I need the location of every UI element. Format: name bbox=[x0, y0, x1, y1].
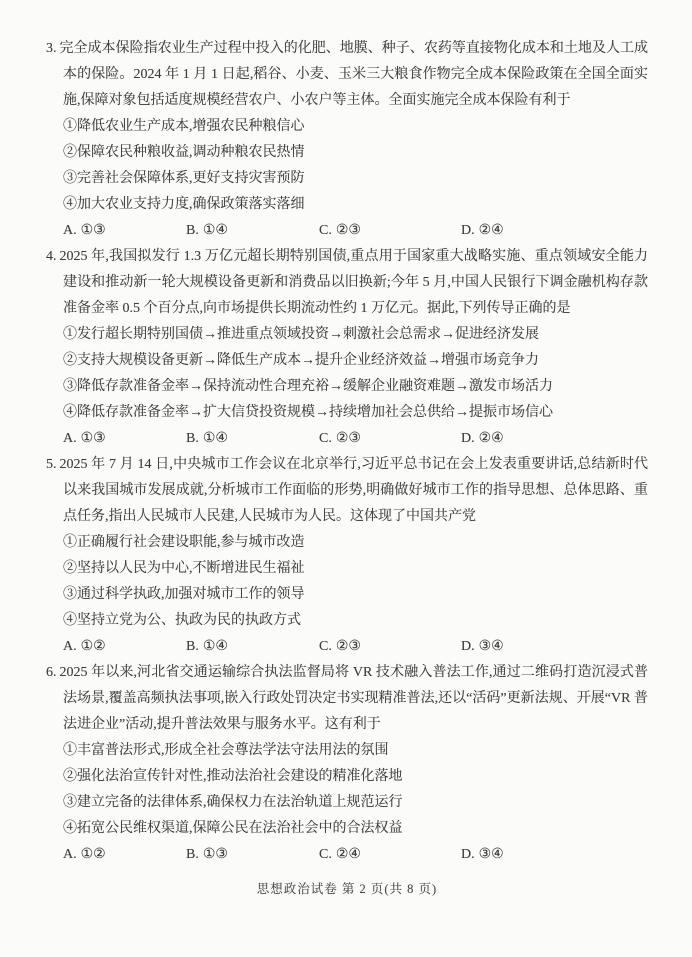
option-label: A. bbox=[63, 223, 77, 238]
page-footer: 思想政治试卷 第 2 页(共 8 页) bbox=[46, 879, 648, 897]
option-label: C. bbox=[319, 639, 332, 654]
question-stem-text: 2025 年以来,河北省交通运输综合执法监督局将 VR 技术融入普法工作,通过二… bbox=[60, 665, 649, 732]
question-stem-text: 2025 年,我国拟发行 1.3 万亿元超长期特别国债,重点用于国家重大战略实施… bbox=[60, 249, 649, 316]
option-value: ①④ bbox=[203, 223, 228, 238]
statement-item: ③完善社会保障体系,更好支持灾害预防 bbox=[46, 166, 648, 192]
question-number: 4. bbox=[46, 249, 57, 264]
statement-item: ③建立完备的法律体系,确保权力在法治轨道上规范运行 bbox=[46, 790, 648, 816]
option-label: B. bbox=[186, 223, 199, 238]
option-a: A.①② bbox=[63, 842, 186, 868]
option-d: D.②④ bbox=[461, 426, 648, 452]
question-stem: 3.完全成本保险指农业生产过程中投入的化肥、地膜、种子、农药等直接物化成本和土地… bbox=[46, 36, 648, 114]
options-row: A.①③ B.①④ C.②③ D.②④ bbox=[46, 426, 648, 452]
option-value: ③④ bbox=[479, 847, 504, 862]
question-stem-text: 2025 年 7 月 14 日,中央城市工作会议在北京举行,习近平总书记在会上发… bbox=[60, 457, 649, 524]
option-label: D. bbox=[461, 223, 475, 238]
option-label: D. bbox=[461, 847, 475, 862]
options-row: A.①② B.①③ C.②④ D.③④ bbox=[46, 842, 648, 868]
option-value: ①④ bbox=[203, 639, 228, 654]
option-label: B. bbox=[186, 639, 199, 654]
statement-item: ②支持大规模设备更新→降低生产成本→提升企业经济效益→增强市场竞争力 bbox=[46, 348, 648, 374]
option-a: A.①③ bbox=[63, 218, 186, 244]
question-4: 4.2025 年,我国拟发行 1.3 万亿元超长期特别国债,重点用于国家重大战略… bbox=[46, 244, 648, 452]
option-value: ①② bbox=[81, 639, 106, 654]
option-d: D.②④ bbox=[461, 218, 648, 244]
statement-item: ④拓宽公民维权渠道,保障公民在法治社会中的合法权益 bbox=[46, 816, 648, 842]
statement-item: ②保障农民种粮收益,调动种粮农民热情 bbox=[46, 140, 648, 166]
option-b: B.①④ bbox=[186, 634, 319, 660]
option-value: ②③ bbox=[336, 223, 361, 238]
statement-item: ④坚持立党为公、执政为民的执政方式 bbox=[46, 608, 648, 634]
options-row: A.①② B.①④ C.②③ D.③④ bbox=[46, 634, 648, 660]
option-value: ②③ bbox=[336, 431, 361, 446]
option-value: ①③ bbox=[81, 431, 106, 446]
option-label: A. bbox=[63, 847, 77, 862]
statement-item: ③降低存款准备金率→保持流动性合理充裕→缓解企业融资难题→激发市场活力 bbox=[46, 374, 648, 400]
statement-item: ④降低存款准备金率→扩大信贷投资规模→持续增加社会总供给→提振市场信心 bbox=[46, 400, 648, 426]
question-stem-text: 完全成本保险指农业生产过程中投入的化肥、地膜、种子、农药等直接物化成本和土地及人… bbox=[60, 41, 649, 108]
option-label: D. bbox=[461, 431, 475, 446]
option-c: C.②③ bbox=[319, 426, 461, 452]
option-value: ②④ bbox=[479, 431, 504, 446]
option-c: C.②③ bbox=[319, 218, 461, 244]
option-a: A.①② bbox=[63, 634, 186, 660]
statement-item: ①发行超长期特别国债→推进重点领域投资→刺激社会总需求→促进经济发展 bbox=[46, 322, 648, 348]
option-c: C.②④ bbox=[319, 842, 461, 868]
question-5: 5.2025 年 7 月 14 日,中央城市工作会议在北京举行,习近平总书记在会… bbox=[46, 452, 648, 660]
statement-item: ②强化法治宣传针对性,推动法治社会建设的精准化落地 bbox=[46, 764, 648, 790]
option-value: ①③ bbox=[81, 223, 106, 238]
option-label: B. bbox=[186, 431, 199, 446]
option-label: D. bbox=[461, 639, 475, 654]
option-value: ③④ bbox=[479, 639, 504, 654]
option-value: ②③ bbox=[336, 639, 361, 654]
option-label: C. bbox=[319, 223, 332, 238]
question-6: 6.2025 年以来,河北省交通运输综合执法监督局将 VR 技术融入普法工作,通… bbox=[46, 660, 648, 868]
statement-list: ①丰富普法形式,形成全社会尊法学法守法用法的氛围 ②强化法治宣传针对性,推动法治… bbox=[46, 738, 648, 842]
option-value: ②④ bbox=[336, 847, 361, 862]
option-d: D.③④ bbox=[461, 842, 648, 868]
option-value: ②④ bbox=[479, 223, 504, 238]
statement-item: ④加大农业支持力度,确保政策落实落细 bbox=[46, 192, 648, 218]
statement-list: ①发行超长期特别国债→推进重点领域投资→刺激社会总需求→促进经济发展 ②支持大规… bbox=[46, 322, 648, 426]
options-row: A.①③ B.①④ C.②③ D.②④ bbox=[46, 218, 648, 244]
question-stem: 5.2025 年 7 月 14 日,中央城市工作会议在北京举行,习近平总书记在会… bbox=[46, 452, 648, 530]
statement-item: ①正确履行社会建设职能,参与城市改造 bbox=[46, 530, 648, 556]
statement-item: ①降低农业生产成本,增强农民种粮信心 bbox=[46, 114, 648, 140]
option-label: A. bbox=[63, 431, 77, 446]
option-value: ①② bbox=[81, 847, 106, 862]
question-stem: 6.2025 年以来,河北省交通运输综合执法监督局将 VR 技术融入普法工作,通… bbox=[46, 660, 648, 738]
exam-page: 3.完全成本保险指农业生产过程中投入的化肥、地膜、种子、农药等直接物化成本和土地… bbox=[0, 0, 692, 957]
option-label: C. bbox=[319, 847, 332, 862]
option-b: B.①④ bbox=[186, 218, 319, 244]
option-c: C.②③ bbox=[319, 634, 461, 660]
question-stem: 4.2025 年,我国拟发行 1.3 万亿元超长期特别国债,重点用于国家重大战略… bbox=[46, 244, 648, 322]
statement-list: ①正确履行社会建设职能,参与城市改造 ②坚持以人民为中心,不断增进民生福祉 ③通… bbox=[46, 530, 648, 634]
option-a: A.①③ bbox=[63, 426, 186, 452]
statement-item: ②坚持以人民为中心,不断增进民生福祉 bbox=[46, 556, 648, 582]
option-b: B.①③ bbox=[186, 842, 319, 868]
question-number: 6. bbox=[46, 665, 57, 680]
option-value: ①④ bbox=[203, 431, 228, 446]
option-label: C. bbox=[319, 431, 332, 446]
statement-item: ③通过科学执政,加强对城市工作的领导 bbox=[46, 582, 648, 608]
statement-list: ①降低农业生产成本,增强农民种粮信心 ②保障农民种粮收益,调动种粮农民热情 ③完… bbox=[46, 114, 648, 218]
question-number: 5. bbox=[46, 457, 57, 472]
question-3: 3.完全成本保险指农业生产过程中投入的化肥、地膜、种子、农药等直接物化成本和土地… bbox=[46, 36, 648, 244]
option-b: B.①④ bbox=[186, 426, 319, 452]
option-label: A. bbox=[63, 639, 77, 654]
option-d: D.③④ bbox=[461, 634, 648, 660]
option-label: B. bbox=[186, 847, 199, 862]
option-value: ①③ bbox=[203, 847, 228, 862]
statement-item: ①丰富普法形式,形成全社会尊法学法守法用法的氛围 bbox=[46, 738, 648, 764]
question-number: 3. bbox=[46, 41, 57, 56]
